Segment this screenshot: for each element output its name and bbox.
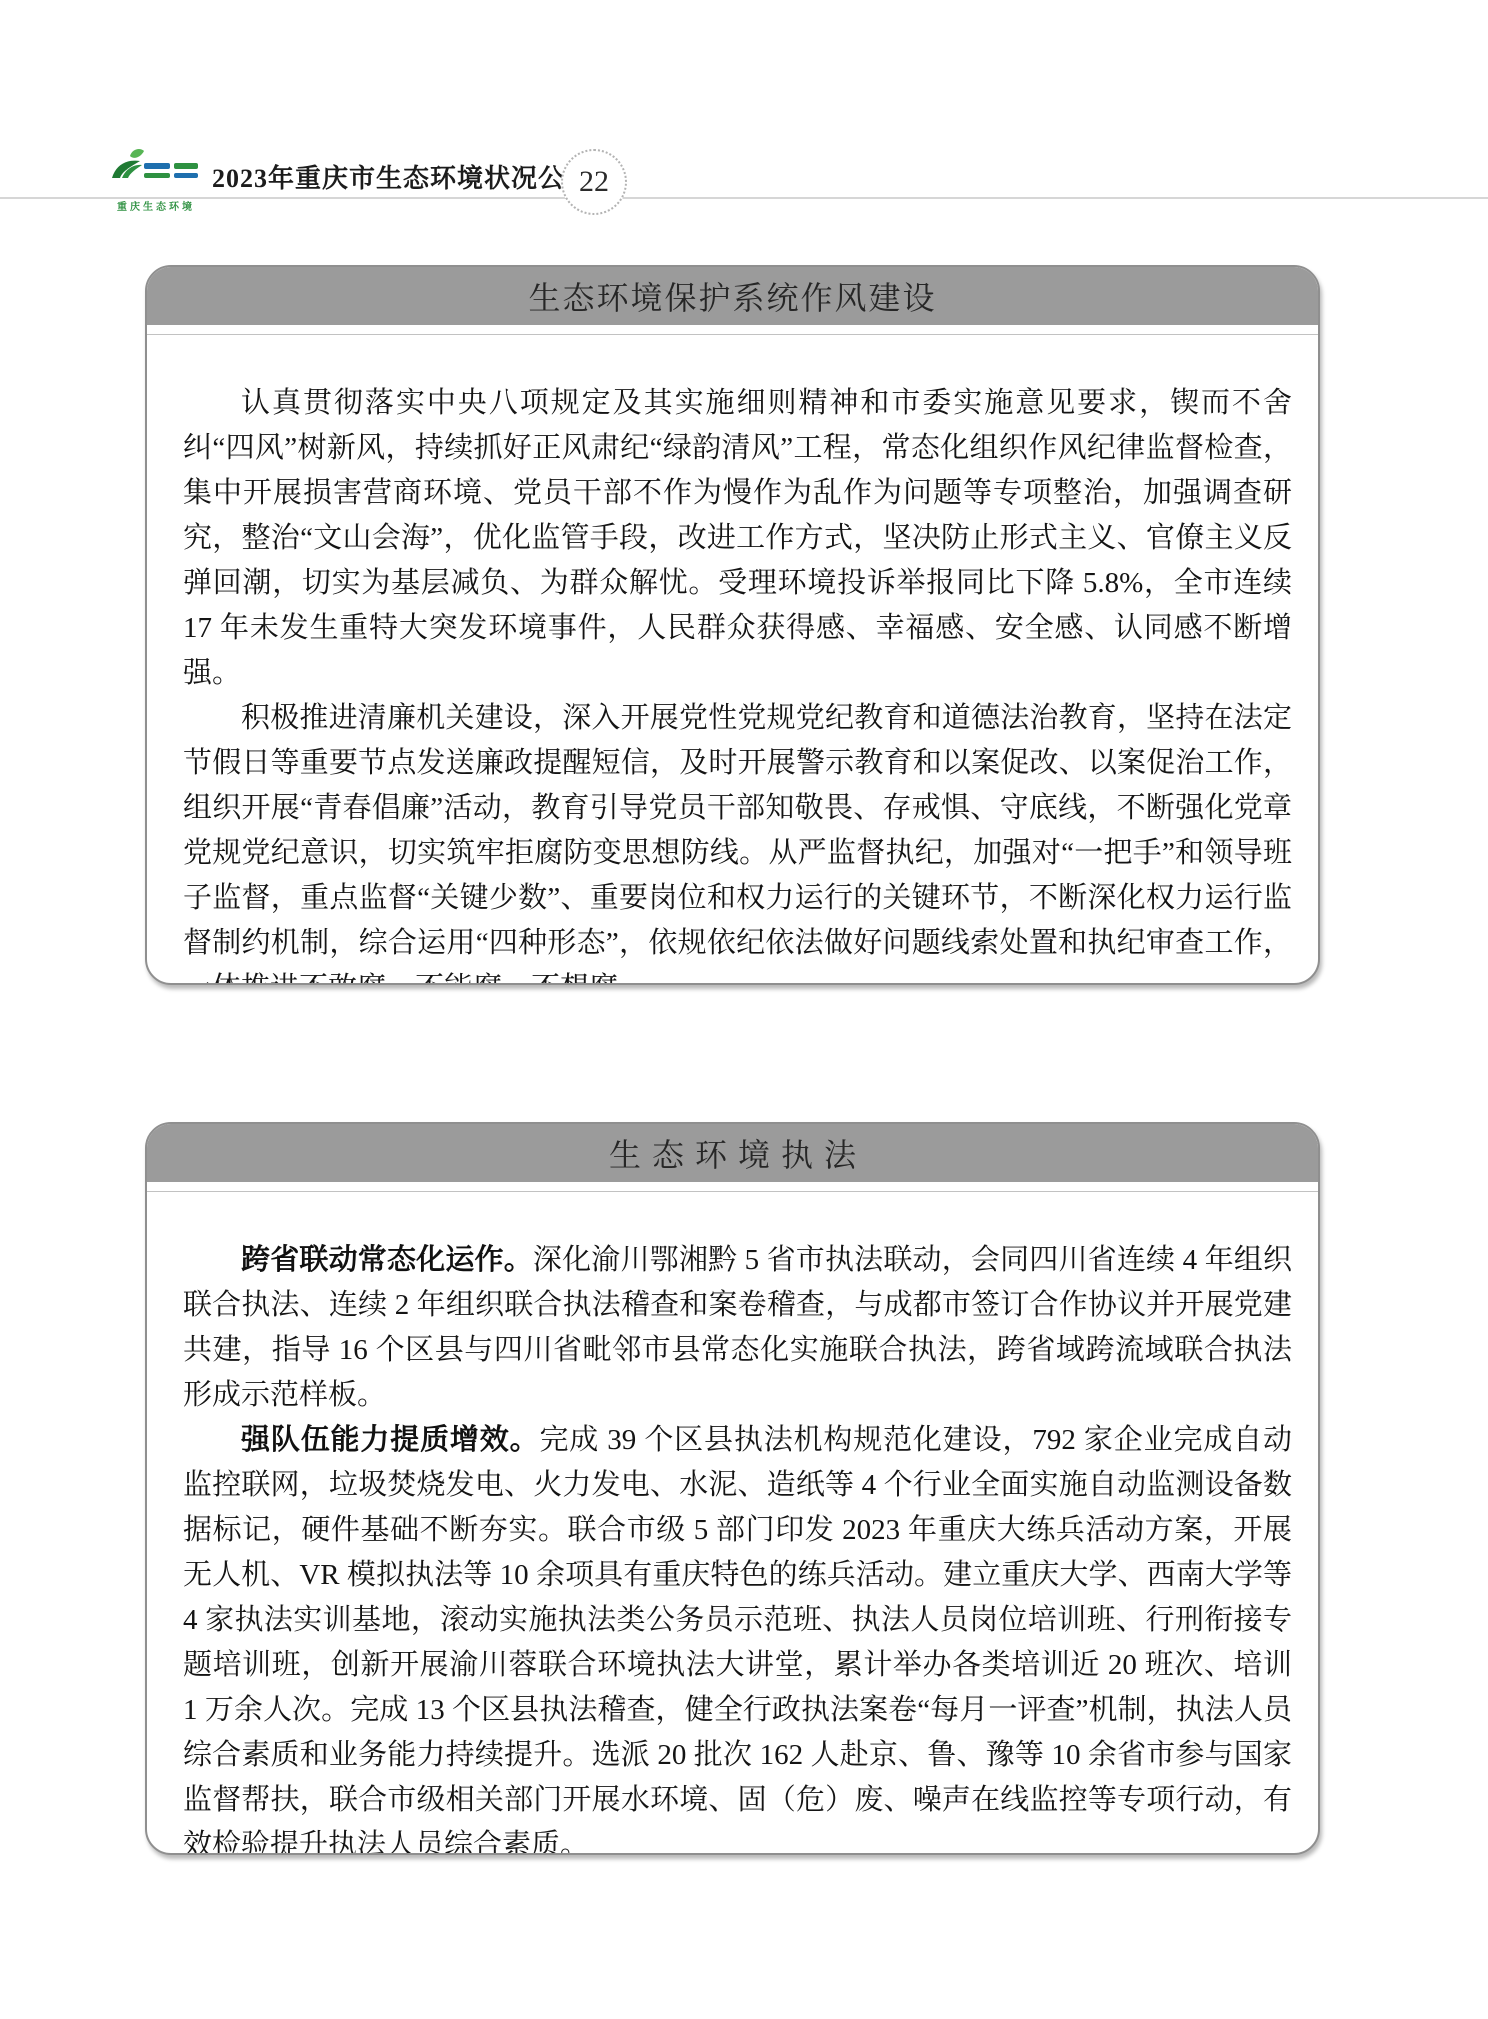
eco-env-logo-icon xyxy=(108,148,204,192)
paragraph-lead: 跨省联动常态化运作。 xyxy=(241,1244,533,1276)
section-conduct-building: 生态环境保护系统作风建设 认真贯彻落实中央八项规定及其实施细则精神和市委实施意见… xyxy=(145,265,1320,985)
paragraph: 认真贯彻落实中央八项规定及其实施细则精神和市委实施意见要求，锲而不舍纠“四风”树… xyxy=(183,381,1292,696)
logo-caption: 重庆生态环境 xyxy=(106,198,206,213)
bulletin-page: 重庆生态环境 2023年重庆市生态环境状况公报 22 生态环境保护系统作风建设 … xyxy=(0,0,1488,2019)
paragraph-lead: 强队伍能力提质增效。 xyxy=(241,1424,539,1456)
section-bar-divider xyxy=(147,325,1318,335)
bulletin-logo: 重庆生态环境 xyxy=(106,148,206,213)
paragraph: 强队伍能力提质增效。完成 39 个区县执法机构规范化建设，792 家企业完成自动… xyxy=(183,1418,1292,1855)
page-number-badge: 22 xyxy=(561,149,627,215)
paragraph: 积极推进清廉机关建设，深入开展党性党规党纪教育和道德法治教育，坚持在法定节假日等… xyxy=(183,696,1292,985)
section-enforcement: 生态环境执法 跨省联动常态化运作。深化渝川鄂湘黔 5 省市执法联动，会同四川省连… xyxy=(145,1122,1320,1855)
section-bar-divider xyxy=(147,1182,1318,1192)
page-number: 22 xyxy=(579,165,609,199)
paragraph: 跨省联动常态化运作。深化渝川鄂湘黔 5 省市执法联动，会同四川省连续 4 年组织… xyxy=(183,1238,1292,1418)
paragraph-text: 认真贯彻落实中央八项规定及其实施细则精神和市委实施意见要求，锲而不舍纠“四风”树… xyxy=(183,387,1292,689)
paragraph-text: 完成 39 个区县执法机构规范化建设，792 家企业完成自动监控联网，垃圾焚烧发… xyxy=(183,1424,1292,1855)
paragraph-text: 积极推进清廉机关建设，深入开展党性党规党纪教育和道德法治教育，坚持在法定节假日等… xyxy=(183,702,1292,985)
section-title-bar: 生态环境执法 xyxy=(147,1124,1318,1182)
section-title: 生态环境执法 xyxy=(598,1130,867,1176)
section-title-bar: 生态环境保护系统作风建设 xyxy=(147,267,1318,325)
header-divider xyxy=(0,197,1488,199)
section-body: 跨省联动常态化运作。深化渝川鄂湘黔 5 省市执法联动，会同四川省连续 4 年组织… xyxy=(147,1192,1318,1855)
section-title: 生态环境保护系统作风建设 xyxy=(528,273,936,319)
section-body: 认真贯彻落实中央八项规定及其实施细则精神和市委实施意见要求，锲而不舍纠“四风”树… xyxy=(147,335,1318,985)
bulletin-title: 2023年重庆市生态环境状况公报 xyxy=(212,158,592,195)
